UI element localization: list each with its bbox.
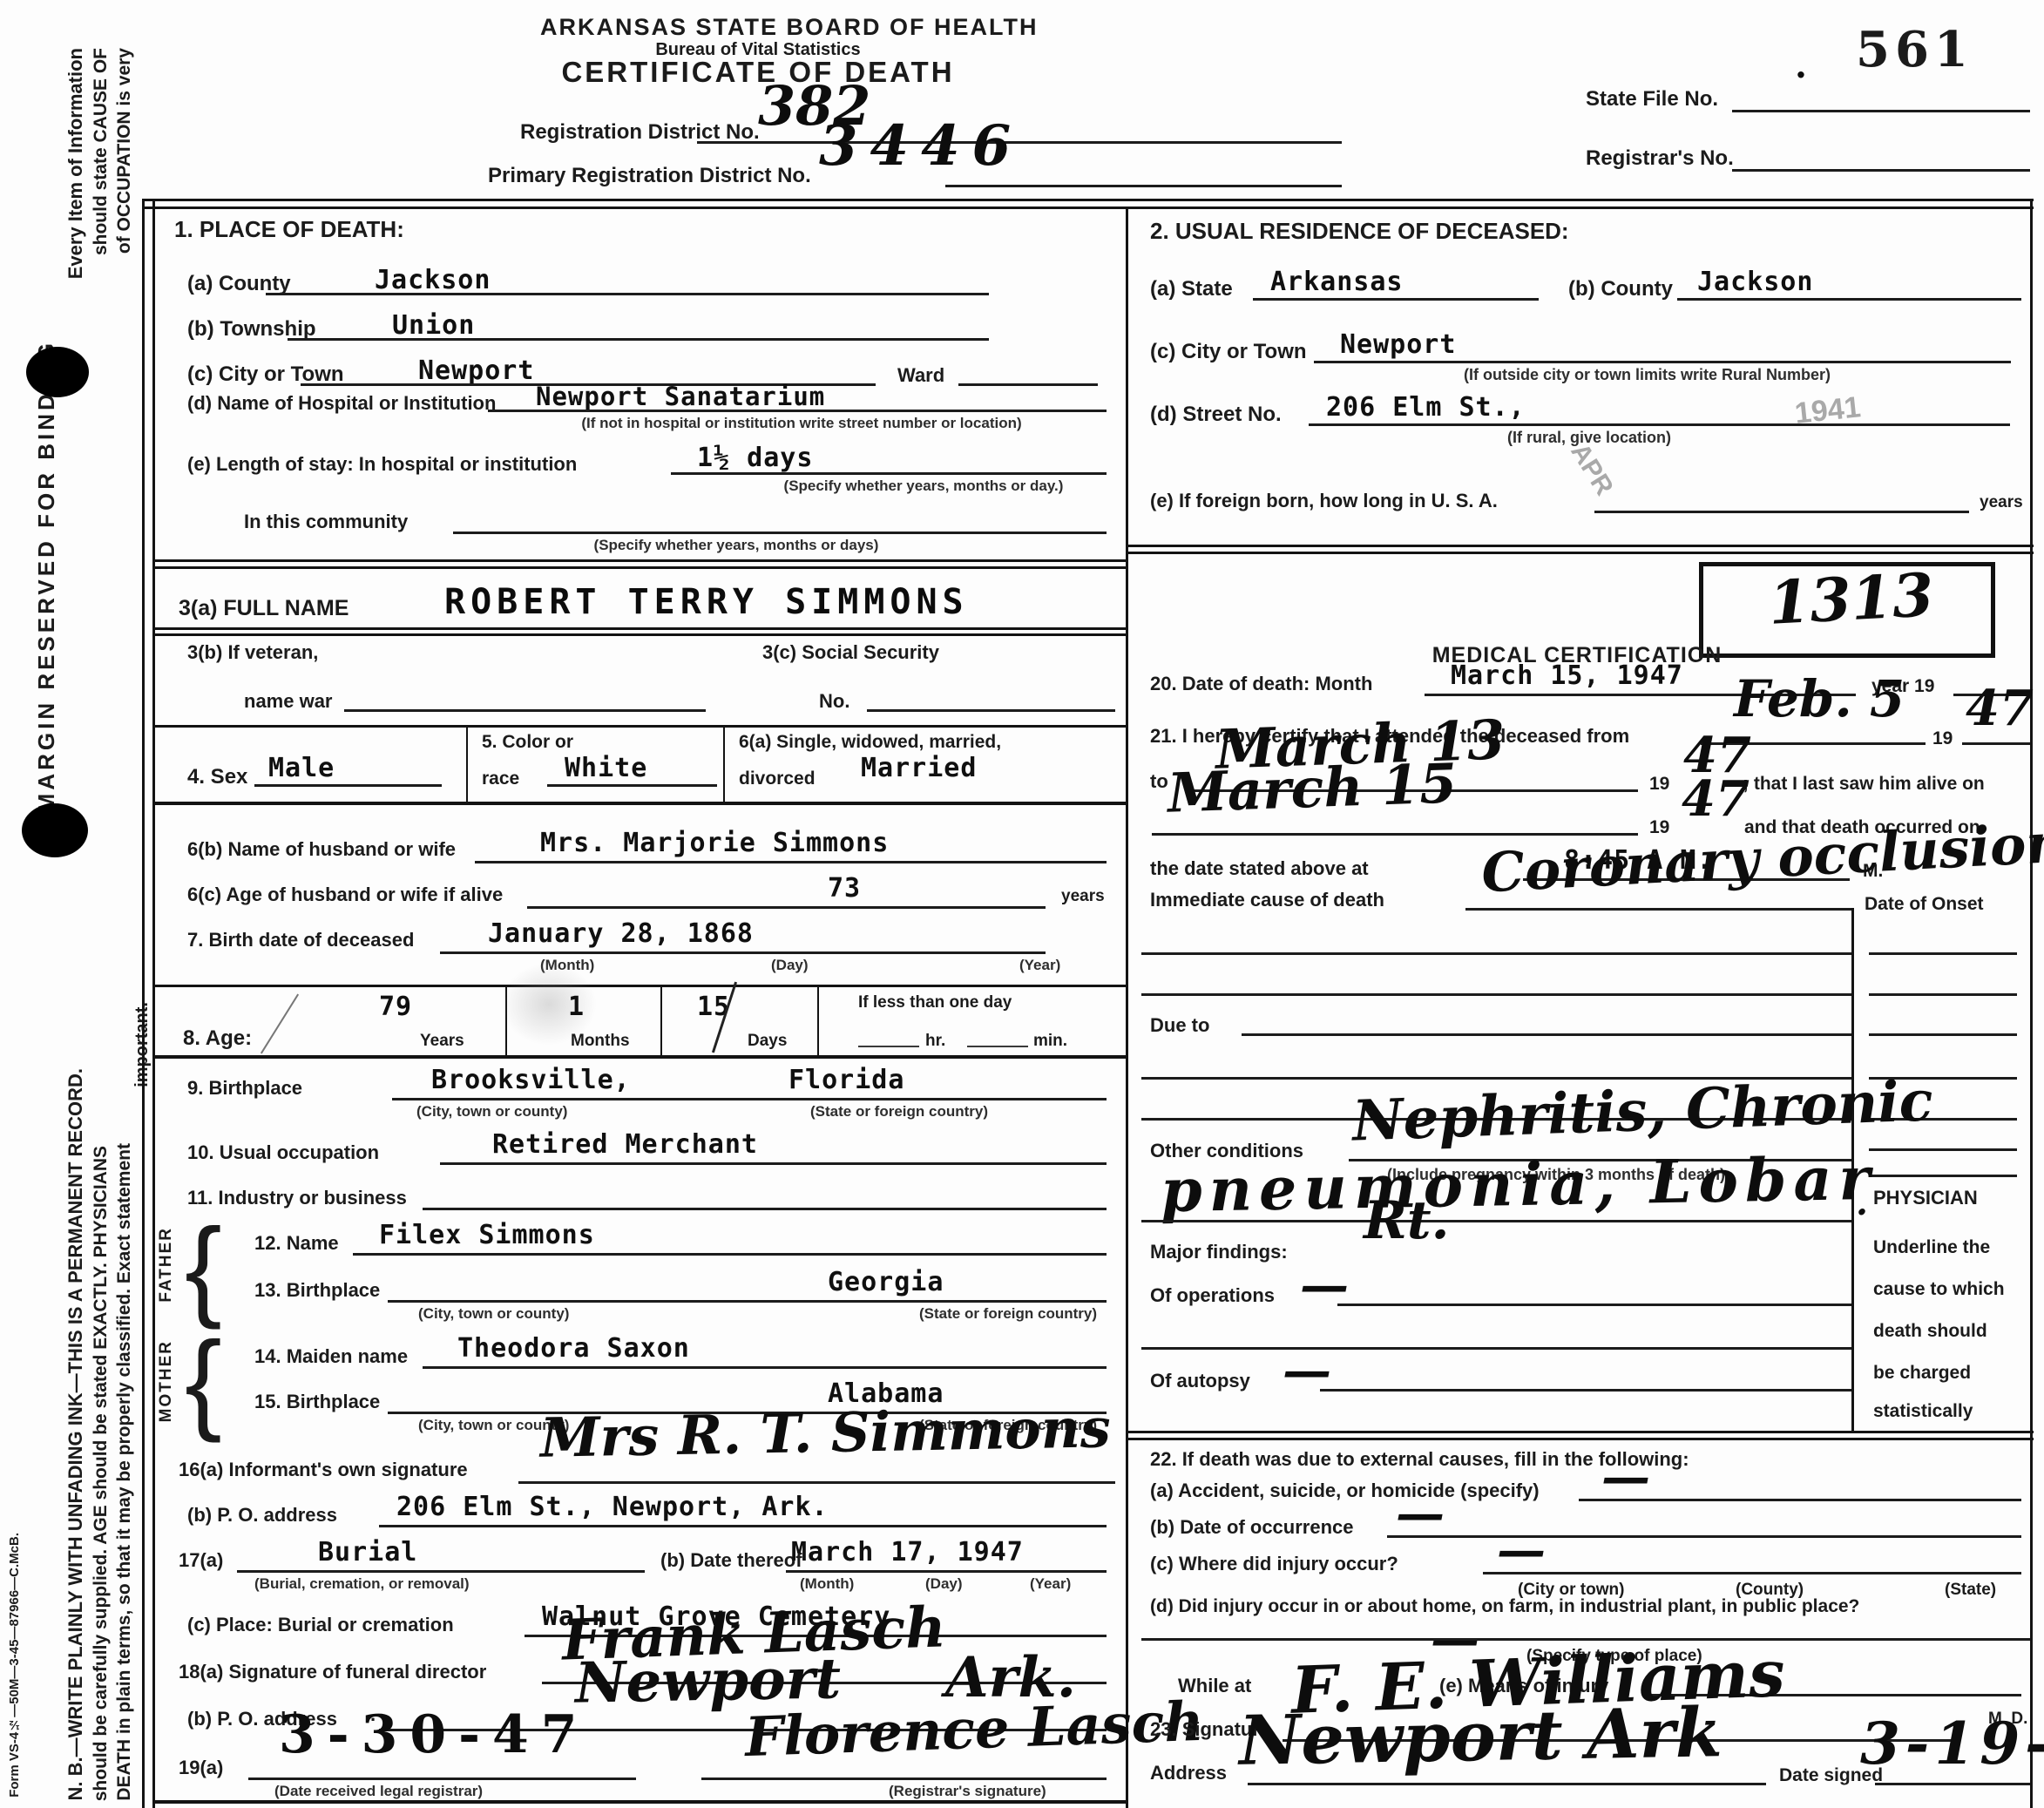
state-file-stamp: 561 — [1856, 21, 1973, 78]
stay-label: (e) Length of stay: In hospital or insti… — [187, 453, 577, 476]
fullname-value: ROBERT TERRY SIMMONS — [444, 582, 969, 622]
state-file-dot: . — [1795, 45, 1807, 86]
res-street-label: (d) Street No. — [1150, 403, 1282, 427]
underline — [1465, 908, 1851, 911]
underline — [1141, 952, 1851, 955]
city-value: Newport — [418, 356, 534, 386]
other-conditions-value: Nephritis, Chronic — [1351, 1068, 1934, 1154]
attended-from-date: Feb. 5 — [1734, 669, 1905, 728]
binding-hole — [22, 803, 88, 857]
age-years-label: Years — [420, 1032, 464, 1051]
res-city-label: (c) City or Town — [1150, 340, 1307, 364]
rule — [155, 802, 1126, 805]
onset-line — [1869, 1033, 2017, 1036]
primary-district-value: 3446 — [819, 113, 1023, 179]
birthdate-label: 7. Birth date of deceased — [187, 929, 414, 951]
birthplace-city-value: Brooksville, — [431, 1065, 631, 1095]
underline — [958, 383, 1098, 386]
underline — [967, 1046, 1028, 1047]
res-city-note: (If outside city or town limits write Ru… — [1464, 366, 1831, 384]
underline — [475, 861, 1107, 863]
underline — [1141, 1220, 1851, 1222]
occurrence-date-value: — — [1396, 1485, 1445, 1542]
margin-info-e: of OCCUPATION is very — [114, 48, 135, 254]
foreign-born-unit: years — [1980, 493, 2023, 512]
veteran-sub-label: name war — [244, 690, 333, 713]
birthplace-city-note: (City, town or county) — [416, 1103, 567, 1121]
underline — [266, 293, 989, 295]
res-street-value: 206 Elm St., — [1326, 392, 1526, 423]
underline — [1483, 1572, 2021, 1574]
burial-year-note: (Year) — [1030, 1575, 1071, 1593]
cell-divider — [660, 987, 662, 1055]
underline — [353, 1253, 1107, 1256]
underline — [1314, 361, 2011, 363]
mother-name-value: Theodora Saxon — [457, 1333, 690, 1364]
underline — [1242, 1033, 1851, 1036]
underline — [388, 1300, 1107, 1303]
of-operations-label: Of operations — [1150, 1284, 1275, 1307]
border — [142, 199, 145, 1808]
due-to-label: Due to — [1150, 1014, 1209, 1037]
underline — [1962, 742, 2030, 745]
injury-state-note: (State) — [1945, 1581, 1996, 1600]
spouse-age-value: 73 — [828, 873, 861, 904]
underline — [1253, 298, 1539, 301]
foreign-born-label: (e) If foreign born, how long in U. S. A… — [1150, 490, 1498, 512]
burial-note: (Burial, cremation, or removal) — [254, 1575, 470, 1593]
underline — [786, 1570, 1107, 1573]
burial-day-note: (Day) — [925, 1575, 963, 1593]
underline — [1387, 1535, 2021, 1538]
min-label: min. — [1033, 1032, 1067, 1051]
underline — [1309, 423, 2010, 426]
rule — [1128, 1438, 2034, 1440]
rule — [155, 633, 1126, 636]
physician-side-3: cause to which — [1873, 1279, 2005, 1300]
age-months-value: 1 — [568, 992, 585, 1022]
rule — [155, 1800, 1126, 1804]
state-file-label: State File No. — [1586, 87, 1718, 112]
physician-address-label: Address — [1150, 1762, 1227, 1784]
age-less-label: If less than one day — [858, 993, 1012, 1012]
res-state-label: (a) State — [1150, 277, 1233, 301]
alive-date: March 15 — [1167, 751, 1459, 825]
hospital-value: Newport Sanatarium — [536, 382, 825, 411]
father-birthplace-value: Georgia — [828, 1267, 944, 1297]
mother-name-label: 14. Maiden name — [254, 1345, 408, 1368]
margin-info-a: Every Item of Information — [64, 48, 87, 279]
cell-divider — [466, 728, 468, 802]
underline — [1337, 1304, 1851, 1306]
margin-info-b: should be carefully supplied. AGE should… — [91, 1146, 112, 1801]
underline — [858, 1046, 919, 1047]
spouse-label: 6(b) Name of husband or wife — [187, 838, 456, 861]
birthplace-label: 9. Birthplace — [187, 1077, 302, 1100]
physician-side-4: death should — [1873, 1321, 1987, 1342]
death-certificate-document: Form VS-4½—50M—3-45—87966—C.McB. MARGIN … — [0, 0, 2044, 1808]
column-divider — [1126, 207, 1128, 1808]
received-stamp-year: 1941 — [1793, 390, 1862, 431]
stay-value: 1½ days — [697, 443, 813, 473]
underline — [1732, 169, 2030, 172]
birthdate-value: January 28, 1868 — [488, 918, 754, 949]
underline — [701, 1778, 1107, 1780]
major-findings-label: Major findings: — [1150, 1241, 1288, 1263]
underline — [518, 1481, 1115, 1484]
last-saw-label: ; that I last saw him alive on — [1743, 774, 1985, 795]
alive-year-value: 47 — [1682, 770, 1750, 828]
rule — [155, 566, 1126, 569]
registrar-no-label: Registrar's No. — [1586, 146, 1734, 171]
underline — [1248, 1783, 1766, 1785]
primary-district-label: Primary Registration District No. — [488, 164, 811, 188]
major-findings-value: Rt. — [1364, 1190, 1449, 1251]
date-received-value: 3-30-47 — [279, 1704, 590, 1765]
father-name-label: 12. Name — [254, 1232, 339, 1255]
from-year-19: 19 — [1932, 728, 1953, 749]
age-days-label: Days — [748, 1032, 787, 1051]
date-received-note: (Date received legal registrar) — [274, 1783, 483, 1800]
burial-month-note: (Month) — [800, 1575, 854, 1593]
res-county-value: Jackson — [1697, 267, 1813, 297]
ss-label: 3(c) Social Security — [762, 641, 939, 664]
underline — [1141, 993, 1851, 996]
res-city-value: Newport — [1340, 329, 1456, 360]
hospital-note: (If not in hospital or institution write… — [488, 415, 1115, 432]
underline — [453, 532, 1107, 534]
underline — [1152, 833, 1638, 836]
attended-to-label: to — [1150, 770, 1168, 793]
received-stamp-month: APR — [1564, 438, 1618, 501]
underline — [527, 906, 1046, 909]
marital-value: Married — [861, 753, 977, 783]
physician-side-1: PHYSICIAN — [1873, 1187, 1978, 1209]
underline — [392, 1098, 1107, 1100]
underline — [423, 1366, 1107, 1369]
father-bp-state-note: (State or foreign country) — [919, 1305, 1097, 1323]
cell-divider — [817, 987, 819, 1055]
burial-date-label: (b) Date thereof — [660, 1549, 802, 1572]
injury-where-value: — — [1497, 1521, 1546, 1579]
form-number: Form VS-4½—50M—3-45—87966—C.McB. — [7, 1533, 22, 1798]
informant-address-label: (b) P. O. address — [187, 1504, 337, 1527]
underline — [1141, 1347, 1851, 1350]
age-years-value: 79 — [379, 992, 412, 1022]
onset-line — [1869, 952, 2017, 955]
rule — [1128, 552, 2034, 554]
sex-label: 4. Sex — [187, 765, 247, 789]
physician-side-2: Underline the — [1873, 1237, 1990, 1258]
underline — [288, 338, 989, 341]
rule — [155, 559, 1126, 562]
date-signed-value: 3-19-47 — [1860, 1710, 2044, 1778]
onset-line — [1869, 993, 2017, 996]
res-county-label: (b) County — [1568, 277, 1673, 301]
underline — [1732, 110, 2030, 112]
underline — [1579, 1499, 2021, 1501]
birthplace-state-note: (State or foreign country) — [810, 1103, 988, 1121]
underline — [1677, 298, 2021, 301]
injury-where-label: (c) Where did injury occur? — [1150, 1553, 1398, 1575]
underline — [945, 185, 1342, 187]
physician-address-value: Newport Ark — [1238, 1693, 1723, 1781]
rule — [1128, 1431, 2034, 1433]
rule — [155, 985, 1126, 987]
divorced-label: divorced — [739, 769, 816, 789]
rule — [1128, 545, 2034, 547]
mother-brace: { — [185, 1326, 222, 1438]
rule — [155, 627, 1126, 630]
hr-label: hr. — [925, 1032, 945, 1051]
underline — [1320, 1389, 1851, 1392]
informant-label: 16(a) Informant's own signature — [179, 1459, 468, 1481]
color-value: White — [565, 753, 647, 783]
res-state-value: Arkansas — [1270, 267, 1404, 297]
from-year-value: 47 — [1966, 680, 2034, 737]
border — [152, 199, 155, 1808]
file-number-value: 1313 — [1767, 560, 1935, 639]
father-bp-city-note: (City, town or county) — [418, 1305, 569, 1323]
underline — [237, 1570, 645, 1573]
age-label: 8. Age: — [183, 1026, 252, 1051]
spouse-value: Mrs. Marjorie Simmons — [540, 828, 889, 858]
stay-note: (Specify whether years, months or day.) — [732, 477, 1115, 495]
binding-hole — [26, 347, 89, 397]
community-note: (Specify whether years, months or days) — [540, 537, 932, 554]
physician-side-6: statistically — [1873, 1401, 1973, 1422]
underline — [1141, 1638, 2030, 1641]
rule — [155, 1055, 1126, 1059]
onset-line — [1869, 1175, 2017, 1177]
underline — [547, 784, 717, 787]
mother-birthplace-label: 15. Birthplace — [254, 1391, 380, 1413]
underline — [344, 709, 706, 712]
margin-binding-note: MARGIN RESERVED FOR BINDING — [33, 340, 60, 812]
funeral-director-label: 18(a) Signature of funeral director — [179, 1661, 486, 1683]
underline — [248, 1778, 636, 1780]
border — [142, 207, 2034, 209]
header-board: ARKANSAS STATE BOARD OF HEALTH — [540, 14, 976, 41]
ss-no-label: No. — [819, 690, 849, 713]
physician-side-5: be charged — [1873, 1363, 1971, 1384]
underline — [423, 1208, 1107, 1210]
informant-signature: Mrs R. T. Simmons — [539, 1396, 1111, 1469]
burial-item-label: 17(a) — [179, 1549, 223, 1572]
hospital-label: (d) Name of Hospital or Institution — [187, 392, 496, 415]
father-brace: { — [185, 1213, 222, 1324]
informant-address-value: 206 Elm St., Newport, Ark. — [396, 1492, 829, 1522]
underline — [867, 709, 1115, 712]
underline — [440, 1162, 1107, 1165]
fullname-label: 3(a) FULL NAME — [179, 596, 349, 621]
color-label: 5. Color or — [482, 732, 573, 753]
day-note: (Day) — [771, 957, 809, 974]
border — [2030, 199, 2033, 1808]
onset-line — [1869, 1148, 2017, 1151]
community-label: In this community — [244, 511, 408, 533]
marital-label: 6(a) Single, widowed, married, — [739, 732, 1001, 753]
of-autopsy-label: Of autopsy — [1150, 1370, 1250, 1392]
registrar-signature-note: (Registrar's signature) — [889, 1783, 1046, 1800]
date-of-death-label: 20. Date of death: Month — [1150, 673, 1372, 695]
place-of-death-title: 1. PLACE OF DEATH: — [174, 216, 404, 243]
underline — [1594, 511, 1969, 513]
father-birthplace-label: 13. Birthplace — [254, 1279, 380, 1302]
time-label: the date stated above at — [1150, 857, 1369, 880]
father-name-value: Filex Simmons — [379, 1220, 595, 1250]
birthplace-state-value: Florida — [788, 1065, 904, 1095]
underline — [1875, 1783, 2030, 1785]
to-year-19: 19 — [1649, 774, 1669, 795]
occupation-value: Retired Merchant — [492, 1129, 758, 1160]
spouse-age-label: 6(c) Age of husband or wife if alive — [187, 884, 503, 906]
underline — [671, 472, 1107, 475]
underline — [440, 951, 1046, 954]
residence-title: 2. USUAL RESIDENCE OF DECEASED: — [1150, 218, 1569, 245]
accident-value: — — [1601, 1448, 1650, 1506]
race-label: race — [482, 769, 519, 789]
occupation-label: 10. Usual occupation — [187, 1141, 379, 1164]
margin-nb-note: N. B.—WRITE PLAINLY WITH UNFADING INK—TH… — [64, 1068, 87, 1801]
father-side-label: FATHER — [157, 1227, 176, 1303]
years-unit-label: years — [1061, 887, 1105, 906]
underline — [488, 410, 1107, 412]
underline — [379, 1525, 1107, 1527]
mother-side-label: MOTHER — [157, 1340, 176, 1422]
veteran-label: 3(b) If veteran, — [187, 641, 318, 664]
burial-date-value: March 17, 1947 — [791, 1537, 1024, 1568]
county-value: Jackson — [375, 265, 491, 295]
township-value: Union — [392, 310, 475, 341]
immediate-cause-label: Immediate cause of death — [1150, 889, 1384, 911]
underline — [254, 784, 442, 787]
while-at-label: While at — [1178, 1675, 1251, 1697]
year-note: (Year) — [1019, 957, 1060, 974]
rule — [155, 725, 1126, 728]
ward-label: Ward — [897, 364, 944, 387]
age-months-label: Months — [571, 1032, 630, 1051]
cell-divider — [723, 728, 725, 802]
date-of-onset-label: Date of Onset — [1865, 894, 1984, 915]
burial-value: Burial — [318, 1537, 417, 1568]
injury-place-label: (d) Did injury occur in or about home, o… — [1150, 1596, 1859, 1617]
date-received-item-label: 19(a) — [179, 1757, 223, 1779]
date-of-death-value: March 15, 1947 — [1451, 660, 1683, 691]
margin-info-d: DEATH in plain terms, so that it may be … — [114, 1143, 135, 1801]
margin-info-c: should state CAUSE OF — [91, 48, 112, 255]
occurrence-date-label: (b) Date of occurrence — [1150, 1516, 1354, 1539]
border — [142, 199, 2034, 201]
sex-value: Male — [268, 753, 335, 783]
burial-place-label: (c) Place: Burial or cremation — [187, 1614, 454, 1636]
other-conditions-value-2: pneumonia, Lobar — [1160, 1144, 1878, 1226]
pen-stroke — [261, 994, 299, 1054]
accident-label: (a) Accident, suicide, or homicide (spec… — [1150, 1480, 1540, 1502]
